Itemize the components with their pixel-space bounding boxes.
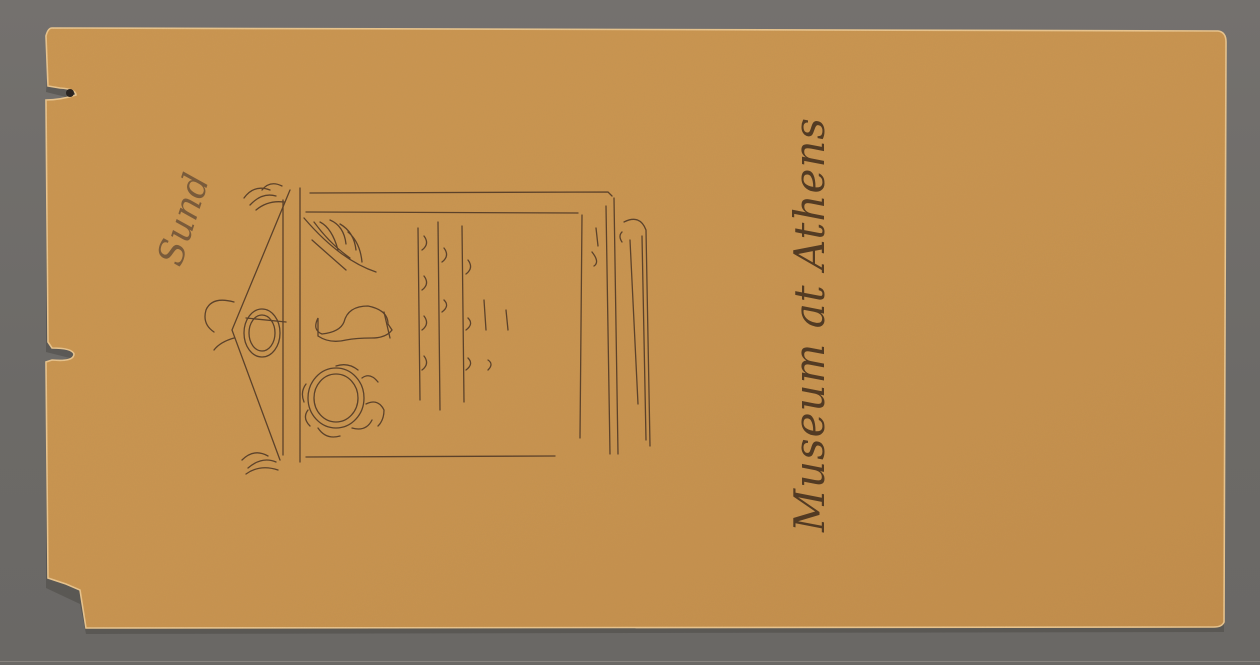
- punch-hole: [66, 89, 74, 97]
- caption-museum-at-athens: Museum at Athens: [785, 117, 834, 532]
- paper-sheet: [0, 0, 1260, 665]
